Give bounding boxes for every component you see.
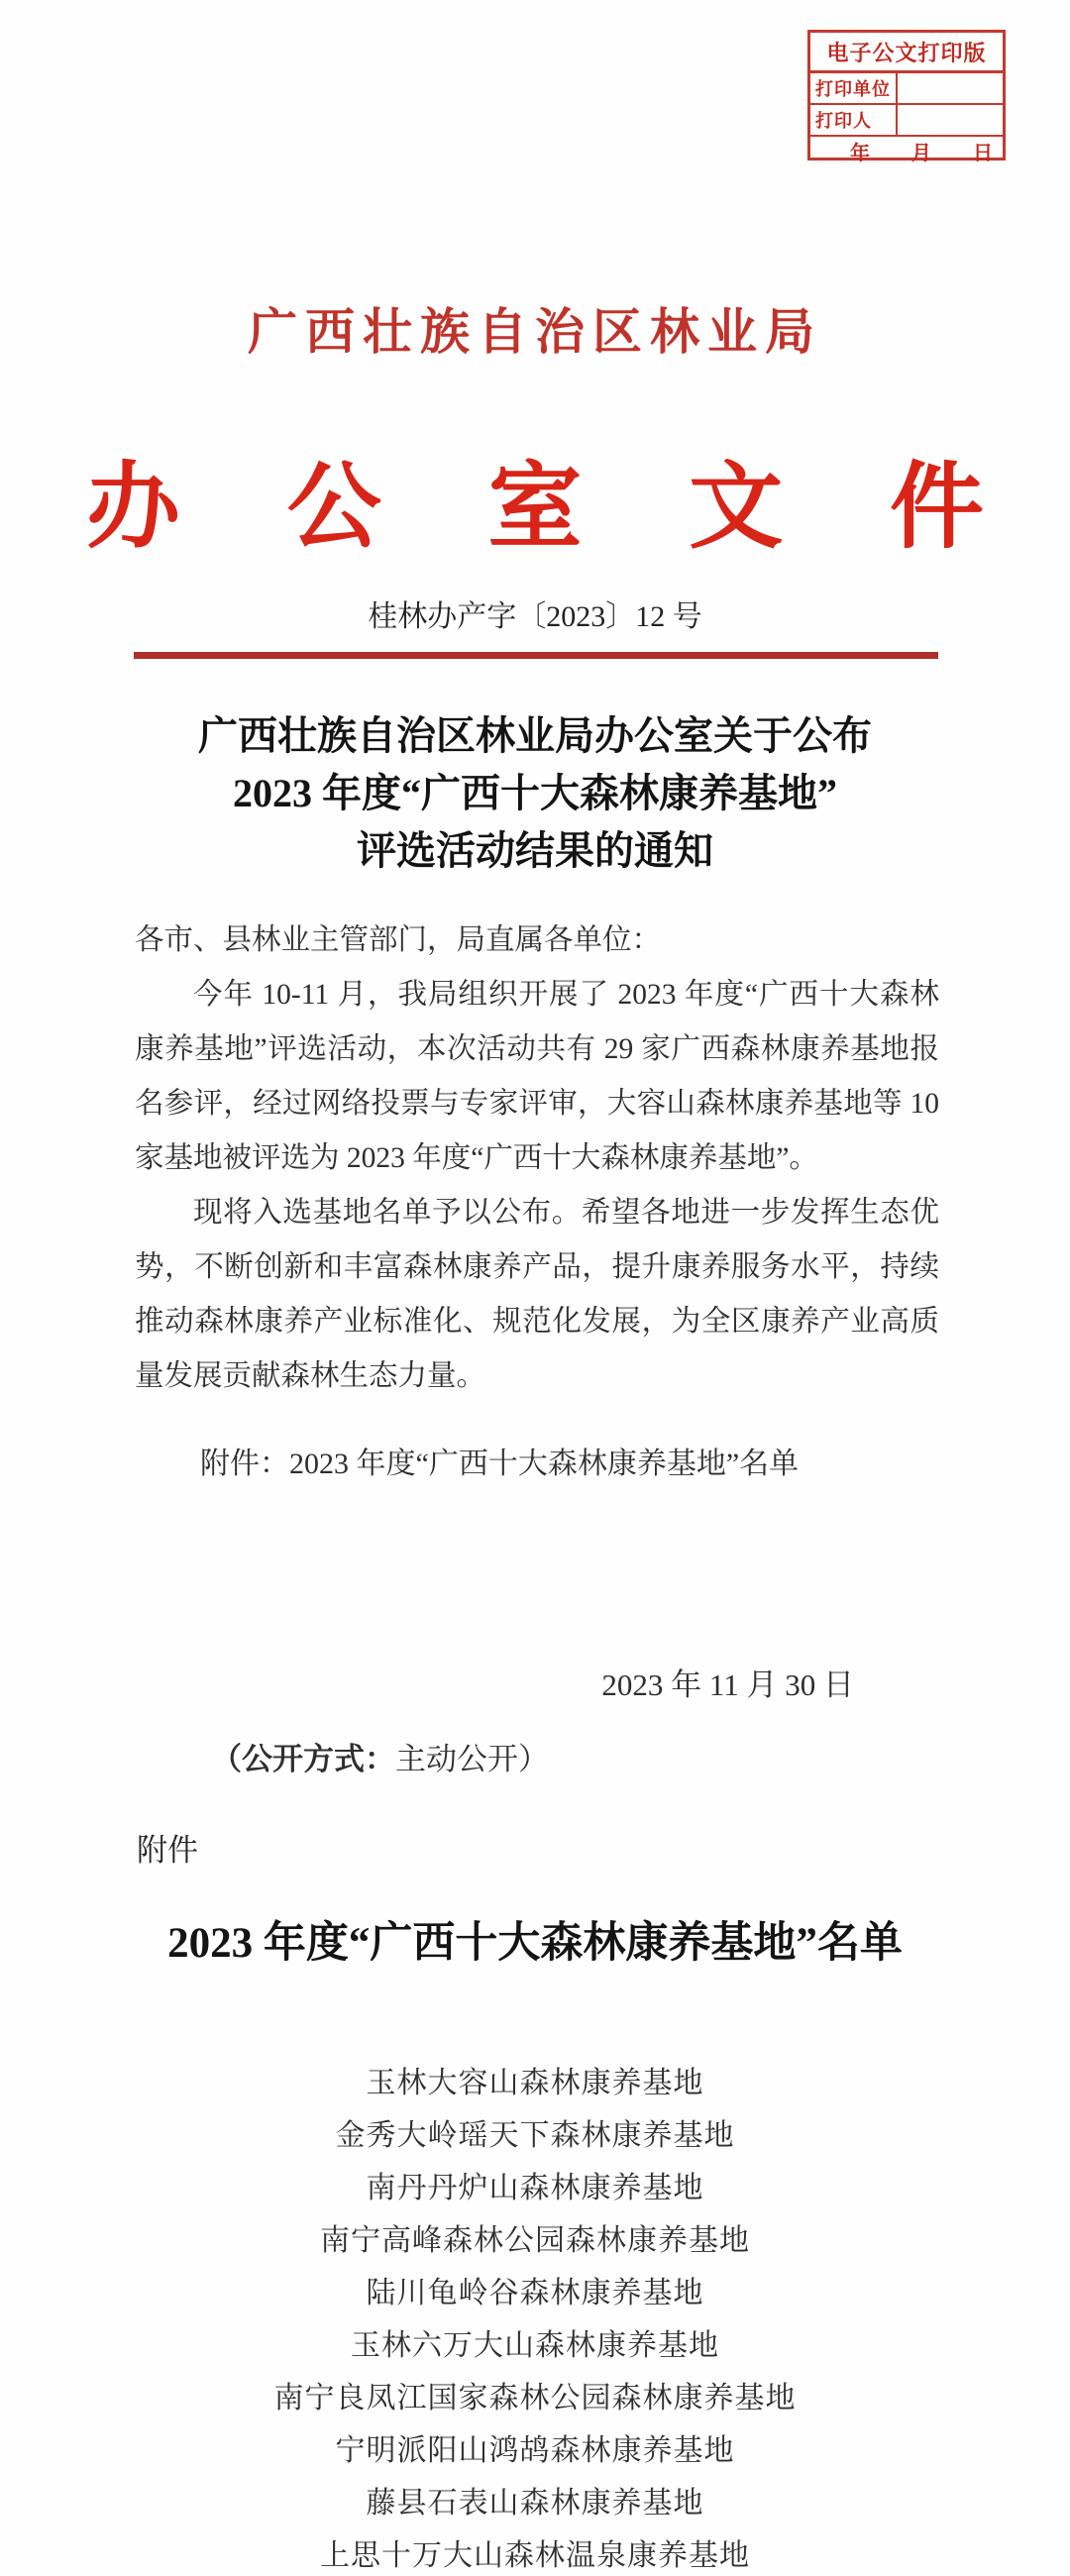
stamp-row-print-unit: 打印单位	[810, 73, 1003, 105]
list-item: 玉林大容山森林康养基地	[0, 2057, 1070, 2109]
document-page: 电子公文打印版 打印单位 打印人 年 月 日 广西壮族自治区林业局 办 公 室 …	[0, 0, 1070, 2576]
doc-number: 桂林办产字〔2023〕12 号	[0, 591, 1070, 635]
publicity-line: （公开方式：主动公开）	[211, 1732, 549, 1786]
stamp-title: 电子公文打印版	[810, 33, 1003, 73]
attachment-title: 2023 年度“广西十大森林康养基地”名单	[0, 1914, 1070, 1974]
org-name: 广西壮族自治区林业局	[0, 292, 1070, 364]
document-title-line-1: 广西壮族自治区林业局办公室关于公布	[0, 707, 1070, 765]
base-list: 玉林大容山森林康养基地 金秀大岭瑶天下森林康养基地 南丹丹炉山森林康养基地 南宁…	[0, 2057, 1070, 2576]
paragraph-1: 今年 10-11 月，我局组织开展了 2023 年度“广西十大森林康养基地”评选…	[135, 968, 939, 1186]
list-item: 宁明派阳山鸿鸪森林康养基地	[0, 2424, 1070, 2477]
list-item: 南宁良凤江国家森林公园森林康养基地	[0, 2372, 1070, 2424]
list-item: 南丹丹炉山森林康养基地	[0, 2162, 1070, 2214]
attachment-label: 附件	[137, 1823, 198, 1878]
red-divider-rule	[134, 652, 938, 659]
list-item: 陆川龟岭谷森林康养基地	[0, 2267, 1070, 2319]
salutation: 各市、县林业主管部门，局直属各单位：	[135, 913, 939, 968]
document-title-line-3: 评选活动结果的通知	[0, 822, 1070, 880]
doc-type-title: 办 公 室 文 件	[0, 432, 1070, 567]
list-item: 上思十万大山森林温泉康养基地	[0, 2529, 1070, 2576]
stamp-date-month: 月	[911, 137, 931, 165]
list-item: 藤县石表山森林康养基地	[0, 2477, 1070, 2529]
attachment-reference: 附件：2023 年度“广西十大森林康养基地”名单	[135, 1437, 939, 1491]
stamp-date-year: 年	[850, 137, 870, 165]
publicity-value: 主动公开）	[395, 1742, 549, 1776]
document-date: 2023 年 11 月 30 日	[601, 1658, 854, 1712]
stamp-blank-print-unit	[898, 73, 1003, 103]
list-item: 金秀大岭瑶天下森林康养基地	[0, 2109, 1070, 2162]
body-text: 各市、县林业主管部门，局直属各单位： 今年 10-11 月，我局组织开展了 20…	[135, 913, 939, 1404]
stamp-date-day: 日	[973, 137, 993, 165]
stamp-label-print-person: 打印人	[810, 105, 898, 135]
paragraph-2: 现将入选基地名单予以公布。希望各地进一步发挥生态优势，不断创新和丰富森林康养产品…	[135, 1186, 939, 1404]
document-title-line-2: 2023 年度“广西十大森林康养基地”	[0, 765, 1070, 822]
stamp-row-print-person: 打印人	[810, 105, 1003, 137]
publicity-label: （公开方式：	[211, 1742, 395, 1776]
list-item: 玉林六万大山森林康养基地	[0, 2319, 1070, 2372]
document-title: 广西壮族自治区林业局办公室关于公布 2023 年度“广西十大森林康养基地” 评选…	[0, 707, 1070, 880]
stamp-date-row: 年 月 日	[810, 137, 1003, 165]
stamp-blank-print-person	[898, 105, 1003, 135]
stamp-label-print-unit: 打印单位	[810, 73, 898, 103]
electronic-print-stamp: 电子公文打印版 打印单位 打印人 年 月 日	[807, 30, 1006, 161]
list-item: 南宁高峰森林公园森林康养基地	[0, 2214, 1070, 2267]
